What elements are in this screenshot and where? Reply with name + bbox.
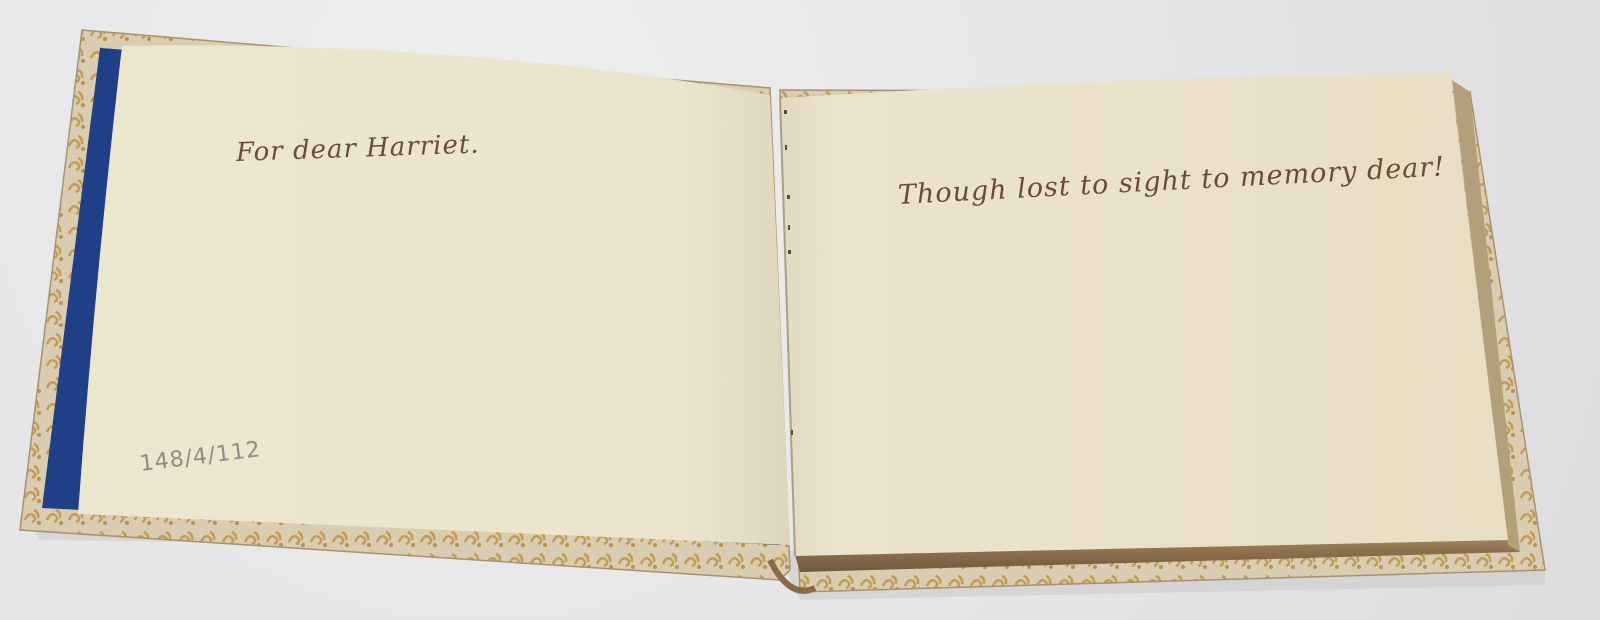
- right-page: [780, 72, 1508, 556]
- album-illustration: [0, 0, 1600, 620]
